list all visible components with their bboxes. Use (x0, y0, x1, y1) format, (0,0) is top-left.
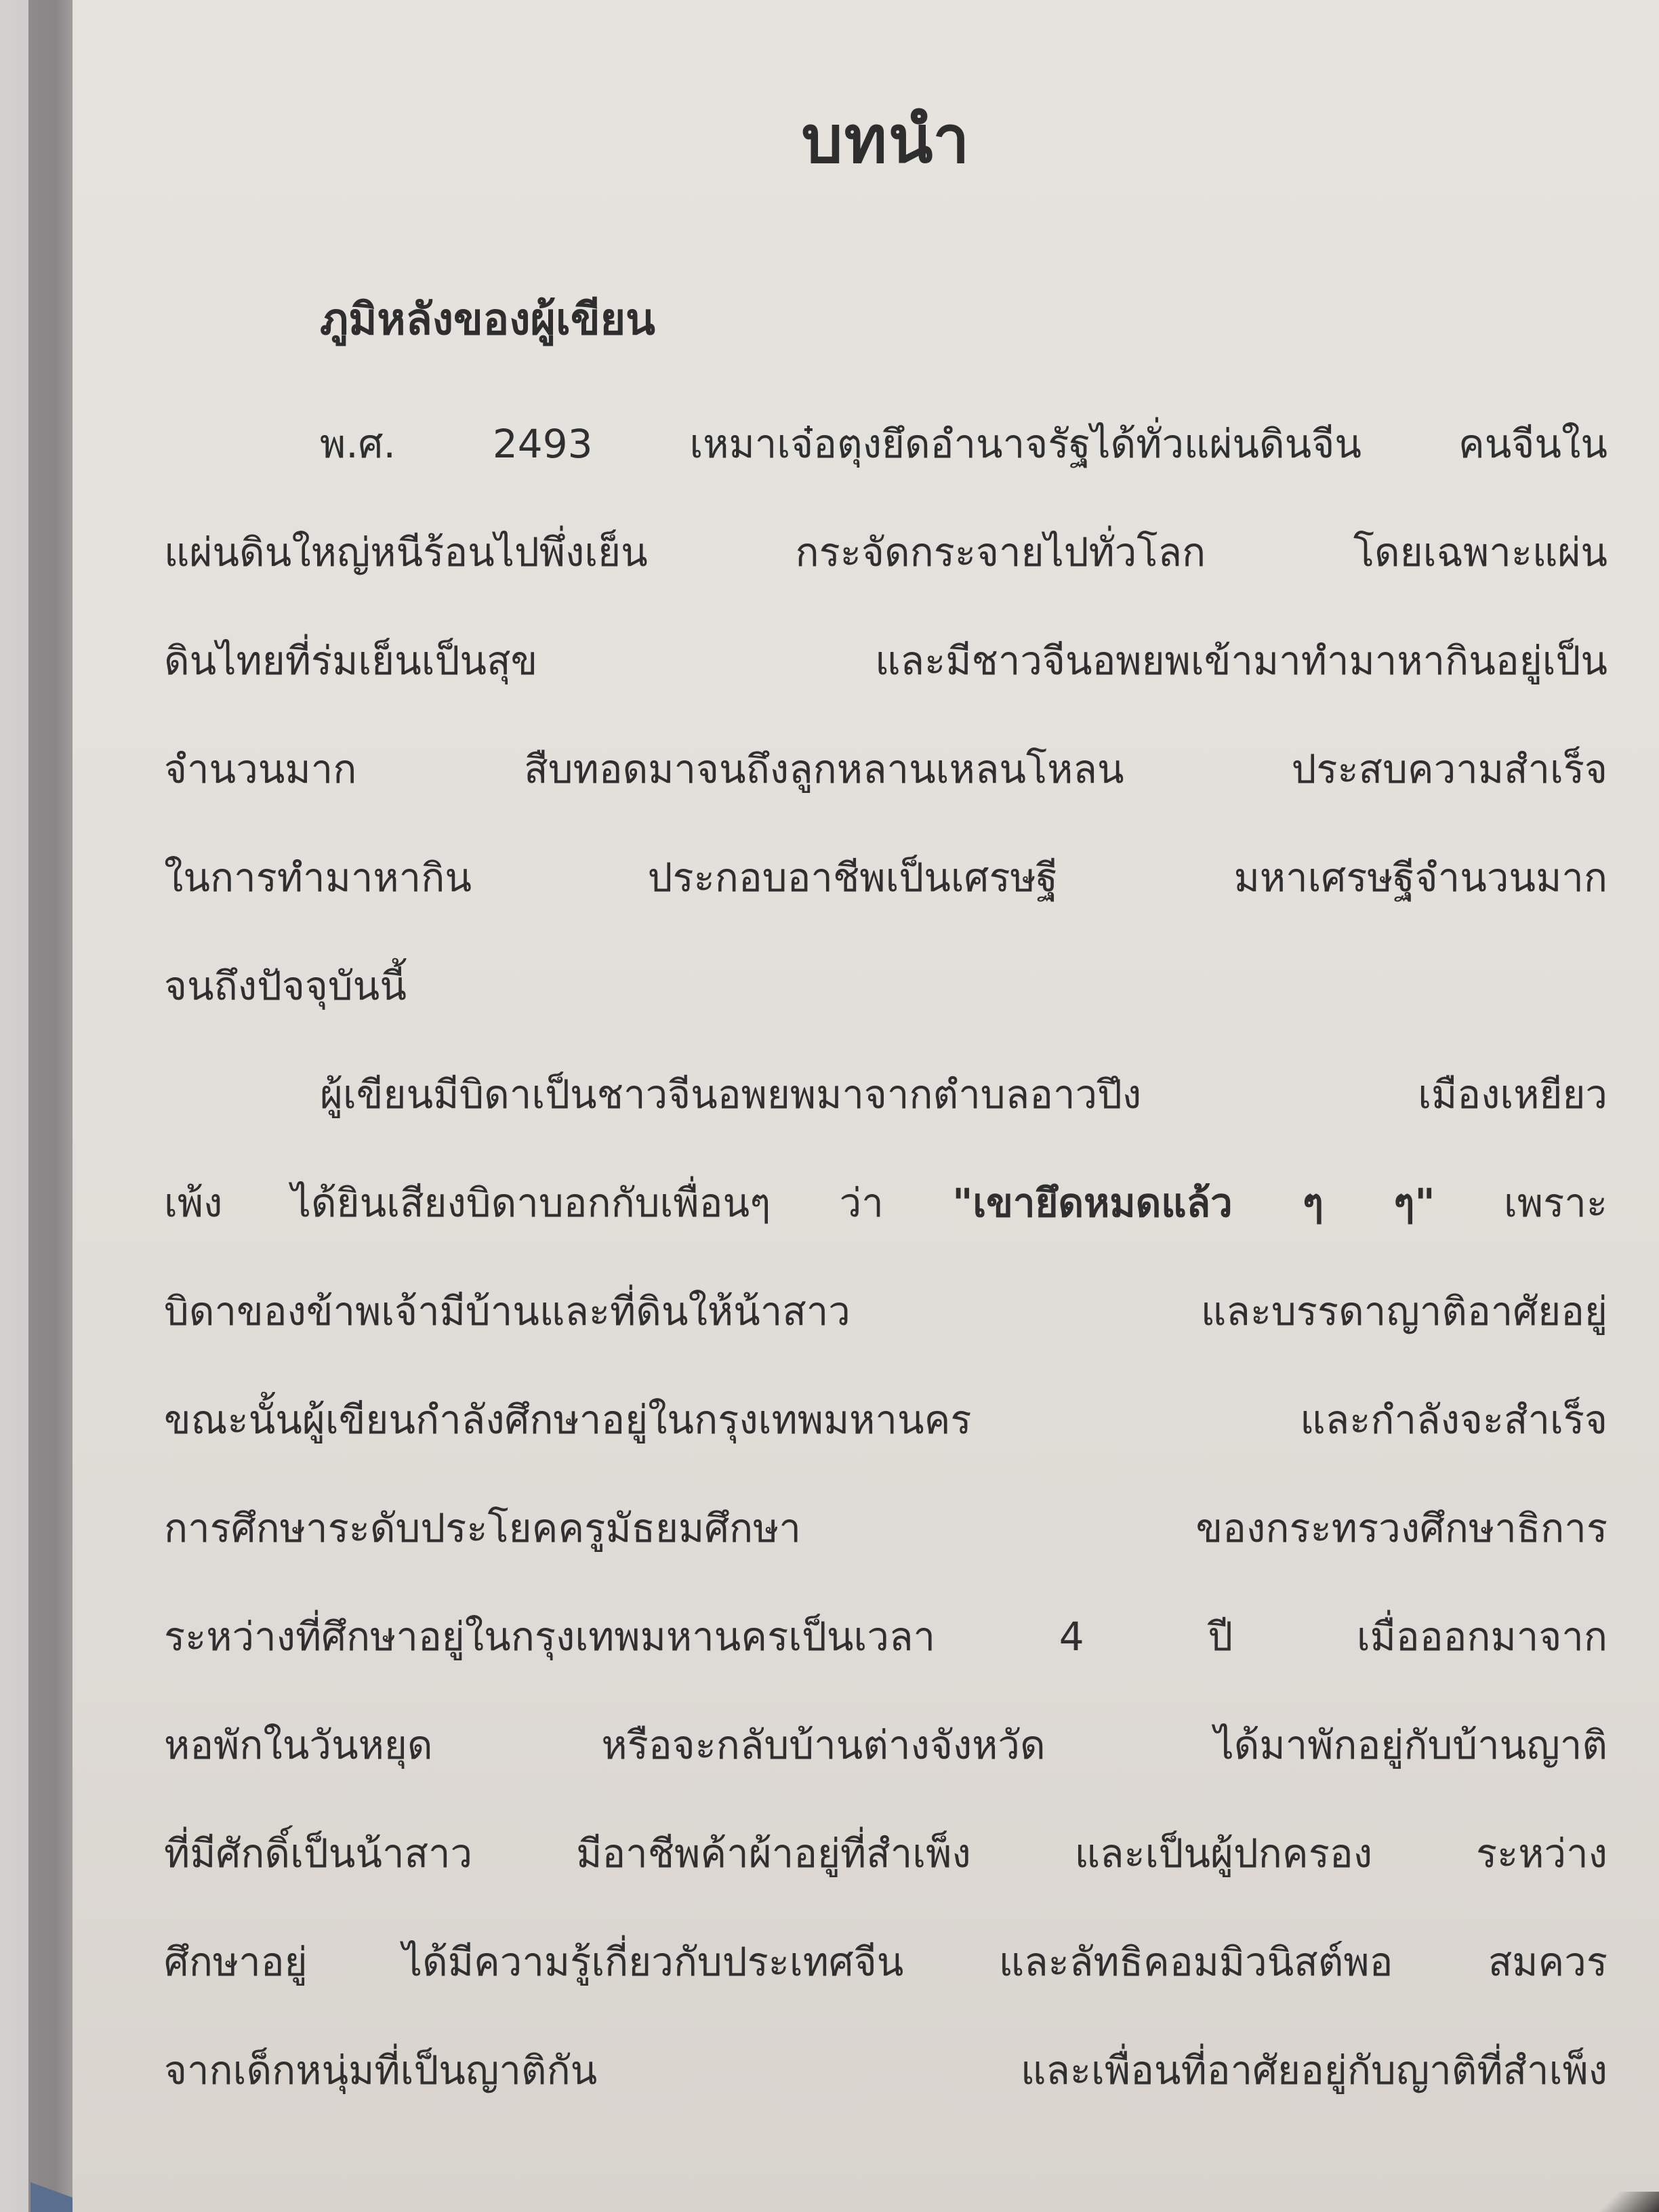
text-line: ผู้เขียนมีบิดาเป็นชาวจีนอพยพมาจากตำบลอาว… (164, 1054, 1607, 1162)
bold-quote: "เขายึดหมดแล้ว ๆ ๆ" (952, 1180, 1435, 1226)
text-line: จากเด็กหนุ่มที่เป็นญาติกัน และเพื่อนที่อ… (164, 2030, 1607, 2138)
text-line: ระหว่างที่ศึกษาอยู่ในกรุงเทพมหานครเป็นเว… (164, 1596, 1607, 1704)
text-line: พ.ศ. 2493 เหมาเจ๋อตุงยึดอำนาจรัฐได้ทั่วแ… (164, 403, 1607, 512)
book-page: บทนำ ภูมิหลังของผู้เขียน พ.ศ. 2493 เหมาเ… (73, 0, 1659, 2212)
page-corner-shadow (1578, 2192, 1659, 2212)
text-line: จำนวนมาก สืบทอดมาจนถึงลูกหลานเหลนโหลน ปร… (164, 729, 1607, 837)
outer-margin (0, 0, 28, 2212)
text-line: ศึกษาอยู่ ได้มีความรู้เกี่ยวกับประเทศจีน… (164, 1921, 1607, 2030)
text-line: แผ่นดินใหญ่หนีร้อนไปพึ่งเย็น กระจัดกระจา… (164, 512, 1607, 620)
text-segment: เพราะ (1435, 1180, 1607, 1226)
text-line: ที่มีศักดิ์เป็นน้าสาว มีอาชีพค้าผ้าอยู่ท… (164, 1813, 1607, 1921)
text-line: การศึกษาระดับประโยคครูมัธยมศึกษา ของกระท… (164, 1488, 1607, 1596)
text-line: ขณะนั้นผู้เขียนกำลังศึกษาอยู่ในกรุงเทพมห… (164, 1379, 1607, 1488)
book-spine-shadow (28, 0, 73, 2212)
text-line-with-quote: เพ้ง ได้ยินเสียงบิดาบอกกับเพื่อนๆ ว่า "เ… (164, 1162, 1607, 1271)
section-heading: ภูมิหลังของผู้เขียน (320, 285, 655, 354)
text-line: หอพักในวันหยุด หรือจะกลับบ้านต่างจังหวัด… (164, 1704, 1607, 1813)
text-line: จนถึงปัจจุบันนี้ (164, 945, 1607, 1054)
text-line: ในการทำมาหากิน ประกอบอาชีพเป็นเศรษฐี มหา… (164, 837, 1607, 945)
page-title: บทนำ (73, 88, 1659, 191)
text-line: บิดาของข้าพเจ้ามีบ้านและที่ดินให้น้าสาว … (164, 1271, 1607, 1379)
body-text: พ.ศ. 2493 เหมาเจ๋อตุงยึดอำนาจรัฐได้ทั่วแ… (164, 403, 1607, 2138)
text-line: ดินไทยที่ร่มเย็นเป็นสุข และมีชาวจีนอพยพเ… (164, 620, 1607, 729)
text-segment: เพ้ง ได้ยินเสียงบิดาบอกกับเพื่อนๆ ว่า (164, 1180, 952, 1226)
